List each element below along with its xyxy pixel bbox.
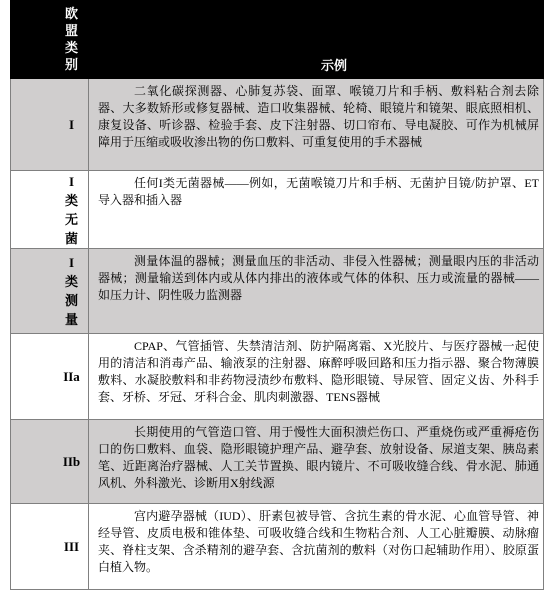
table-header-row: 欧 盟 类 别 示例: [11, 1, 544, 79]
example-cell: 任何I类无菌器械——例如，无菌喉镜刀片和手柄、无菌护目镜/防护罩、ET导入器和插…: [89, 171, 544, 249]
table-row-class-i-measuring: I 类 测 量 测量体温的器械；测量血压的非活动、非侵入性器械；测量眼内压的非活…: [11, 249, 544, 334]
example-cell: 长期使用的气管造口管、用于慢性大面积溃烂伤口、严重烧伤或严重褥疮伤口的伤口敷料、…: [89, 420, 544, 504]
document-page: 欧 盟 类 别 示例 I 二氧化碳探测器、心肺复苏袋、面罩、喉镜刀片和手柄、敷料…: [0, 0, 553, 590]
category-cell: IIb: [11, 420, 89, 504]
category-cell: I 类 测 量: [11, 249, 89, 334]
category-cell: IIa: [11, 334, 89, 420]
category-cell: I 类 无 菌: [11, 171, 89, 249]
category-column-header: 欧 盟 类 别: [11, 1, 89, 79]
table-row-class-iii: III 宫内避孕器械（IUD）、肝素包被导管、含抗生素的骨水泥、心血管导管、神经…: [11, 504, 544, 590]
table-row-class-i-sterile: I 类 无 菌 任何I类无菌器械——例如，无菌喉镜刀片和手柄、无菌护目镜/防护罩…: [11, 171, 544, 249]
category-cell: I: [11, 79, 89, 171]
example-cell: 宫内避孕器械（IUD）、肝素包被导管、含抗生素的骨水泥、心血管导管、神经导管、皮…: [89, 504, 544, 590]
table-row-class-iib: IIb 长期使用的气管造口管、用于慢性大面积溃烂伤口、严重烧伤或严重褥疮伤口的伤…: [11, 420, 544, 504]
example-cell: 二氧化碳探测器、心肺复苏袋、面罩、喉镜刀片和手柄、敷料粘合剂去除器、大多数矫形或…: [89, 79, 544, 171]
eu-device-classification-table: 欧 盟 类 别 示例 I 二氧化碳探测器、心肺复苏袋、面罩、喉镜刀片和手柄、敷料…: [10, 0, 544, 590]
example-cell: CPAP、气管插管、失禁清洁剂、防护隔离霜、X光胶片、与医疗器械一起使用的清洁和…: [89, 334, 544, 420]
table-row-class-i: I 二氧化碳探测器、心肺复苏袋、面罩、喉镜刀片和手柄、敷料粘合剂去除器、大多数矫…: [11, 79, 544, 171]
table-row-class-iia: IIa CPAP、气管插管、失禁清洁剂、防护隔离霜、X光胶片、与医疗器械一起使用…: [11, 334, 544, 420]
example-cell: 测量体温的器械；测量血压的非活动、非侵入性器械；测量眼内压的非活动器械；测量输送…: [89, 249, 544, 334]
example-column-header: 示例: [89, 1, 544, 79]
category-cell: III: [11, 504, 89, 590]
